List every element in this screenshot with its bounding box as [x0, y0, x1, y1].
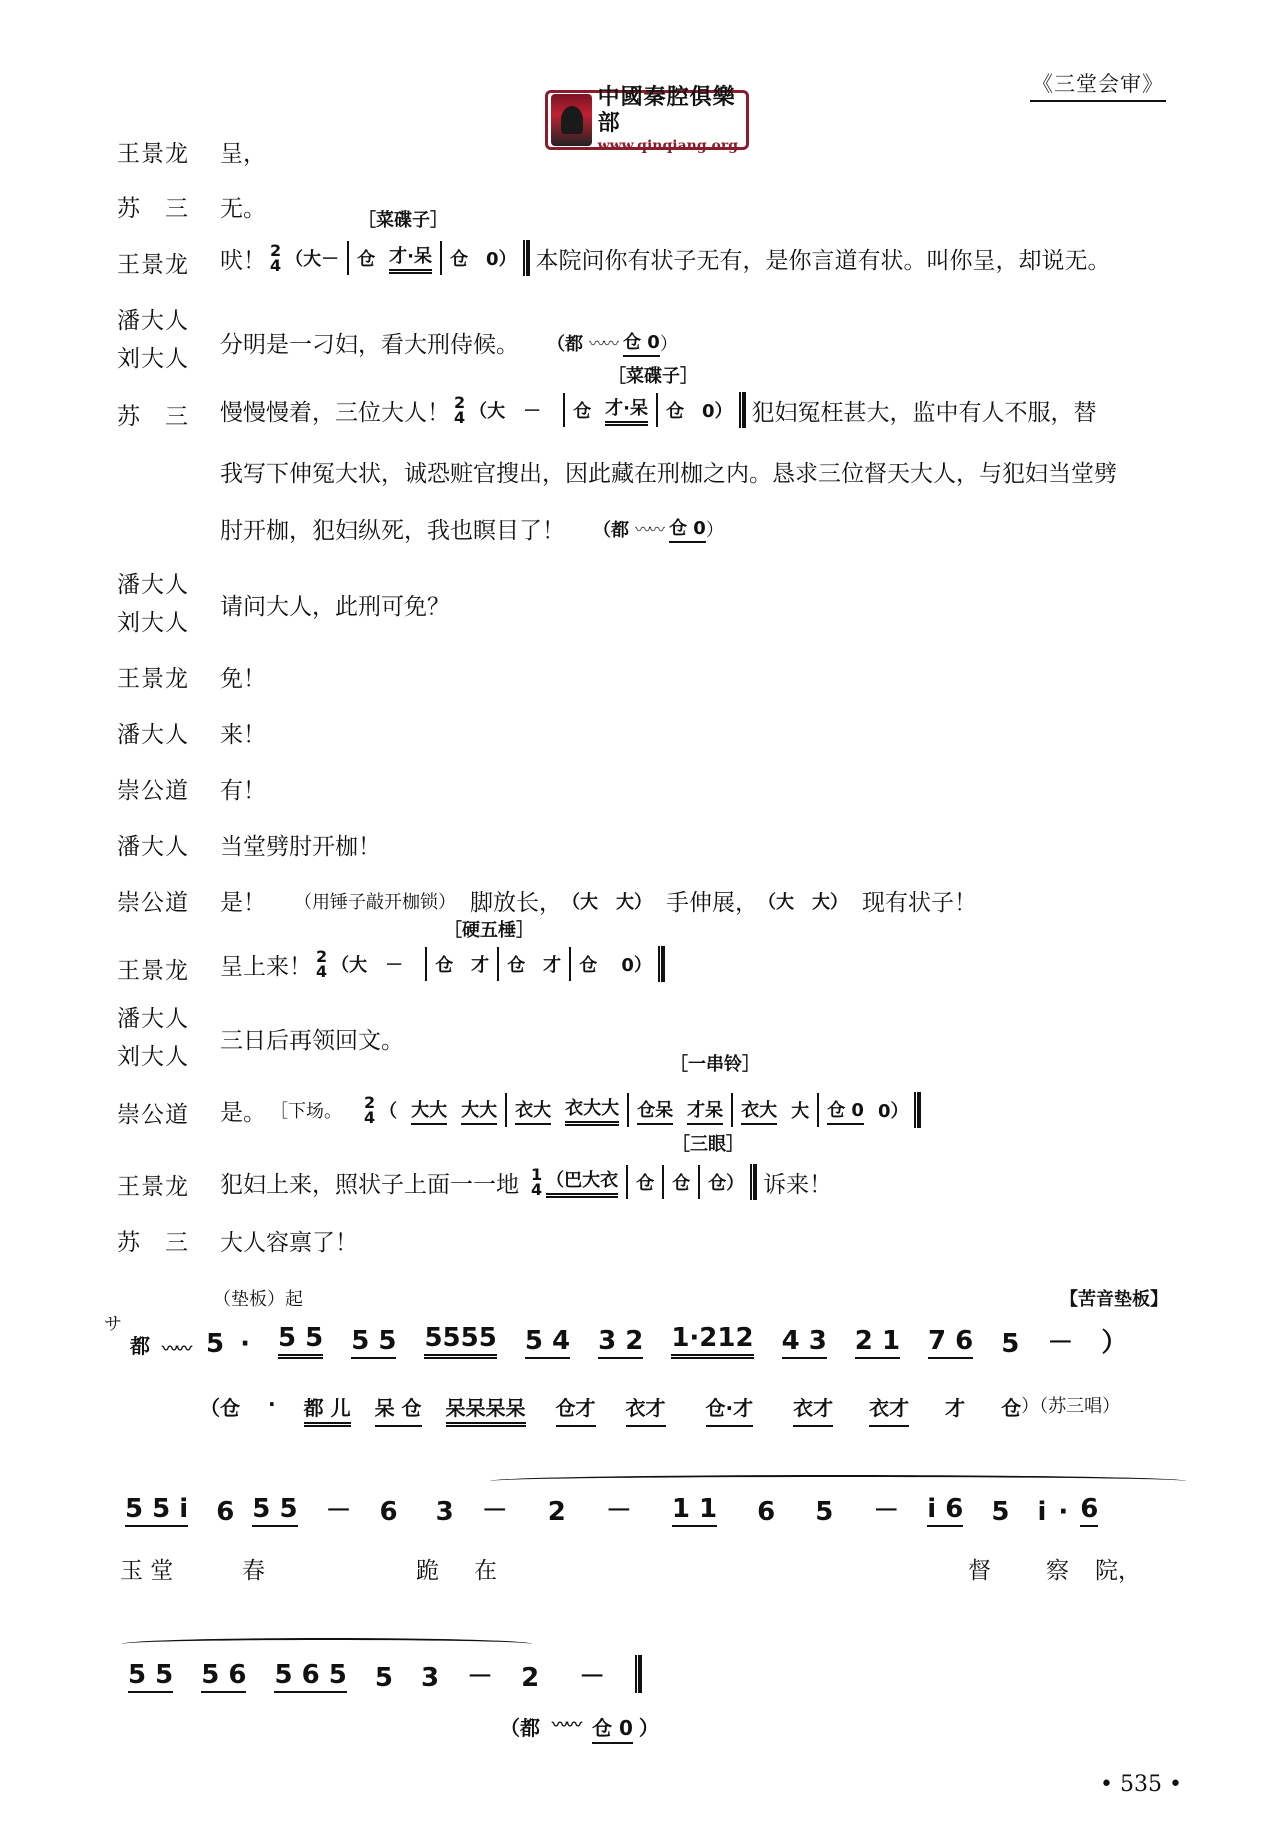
lyric: 玉 堂 — [120, 1552, 173, 1585]
perc-note: 都 儿 — [304, 1392, 351, 1427]
stage-direction: （用锤子敲开枷锁） — [294, 888, 456, 914]
barline — [662, 1165, 664, 1199]
score-line-1-notes: 都 〰〰 5 · 5 5 5 5 5555 5 4 3 2 1·212 4 3 … — [130, 1322, 1155, 1359]
barline — [731, 1093, 733, 1127]
perc-note: 仓·才 — [706, 1392, 754, 1427]
qinqiang-club-logo[interactable]: 中國秦腔俱樂部 www.qinqiang.org — [545, 90, 749, 150]
perc-note: ） — [706, 516, 724, 542]
speaker: 王景龙 — [117, 135, 189, 168]
jianpu-note: 5 5 — [278, 1323, 323, 1359]
score-line-1-percussion: （仓 · 都 儿 呆 仓 呆呆呆呆 仓才 衣才 仓·才 衣才 衣才 才 仓 ）（… — [200, 1392, 1120, 1427]
percussion-tag: ［一串铃］ — [670, 1050, 760, 1076]
jianpu-note: 5 6 5 — [274, 1660, 346, 1693]
speaker: 潘大人 — [117, 302, 189, 340]
perc-note: 仓 0 — [592, 1712, 633, 1744]
perc-note: 衣才 — [869, 1392, 909, 1427]
dialogue-text: 现有状子！ — [862, 884, 977, 917]
perc-note: 仓） — [708, 1169, 744, 1195]
jianpu-note: 2 1 — [855, 1326, 900, 1359]
jianpu-note: 5 5 — [351, 1326, 396, 1359]
perc-note: 仓 才 — [435, 951, 489, 977]
perc-note: 仓 — [1001, 1392, 1021, 1427]
dialogue-line: 肘开枷，犯妇纵死，我也瞑目了！ （都 〰〰 仓 0 ） — [220, 512, 724, 545]
page-number: • 535 • — [1100, 1772, 1182, 1797]
time-signature: 24 — [364, 1095, 375, 1125]
jianpu-dash: － — [482, 1490, 508, 1527]
perc-note: （大 － — [331, 951, 403, 977]
jianpu-note: 6 — [216, 1497, 234, 1527]
barline — [698, 1165, 700, 1199]
jianpu-dash: － — [606, 1490, 632, 1527]
perc-note: 衣大 — [741, 1096, 777, 1125]
speaker: 苏 三 — [117, 1224, 189, 1257]
barline — [626, 1165, 628, 1199]
jianpu-paren: ） — [1101, 1322, 1127, 1359]
time-signature: 24 — [270, 243, 281, 273]
jianpu-dot: · — [240, 1329, 250, 1359]
jianpu-note: 4 3 — [782, 1326, 827, 1359]
phrase-slur — [490, 1475, 1186, 1487]
jianpu-note: 3 — [436, 1497, 454, 1527]
lyric: 在 — [474, 1552, 497, 1585]
final-double-barline — [635, 1655, 642, 1693]
jianpu-note: 3 2 — [598, 1326, 643, 1359]
score-line-2-lyrics: 玉 堂 春 跪 在 督 察 院， — [120, 1552, 1120, 1582]
perc-note: （仓 — [200, 1392, 240, 1427]
free-meter-mark: サ — [104, 1310, 122, 1336]
speaker-pair: 潘大人 刘大人 — [117, 566, 189, 642]
perc-note: 仓 0） — [450, 245, 517, 271]
jianpu-note: 5 — [1001, 1329, 1019, 1359]
barline — [817, 1093, 819, 1127]
lyric: 春 — [242, 1552, 265, 1585]
phrase-slur — [122, 1638, 532, 1650]
dialogue-line: 分明是一刁妇，看大刑侍候。 （都 〰〰 仓 0 ） — [220, 326, 678, 359]
speaker-pair: 潘大人 刘大人 — [117, 1000, 189, 1076]
dialogue-line: 犯妇上来，照状子上面一一地 14 （巴大衣 仓 仓 仓） 诉来！ — [220, 1164, 832, 1200]
jianpu-note: 5 — [206, 1329, 224, 1359]
perc-note: 才 — [945, 1392, 965, 1427]
speaker: 苏 三 — [117, 398, 189, 431]
jianpu-note: 5 — [991, 1497, 1009, 1527]
perc-note: 才·呆 — [389, 242, 432, 274]
dialogue-text: 犯妇冤枉甚大，监中有人不服，替 — [752, 394, 1097, 427]
double-barline — [523, 240, 530, 276]
lyric: 院， — [1095, 1552, 1141, 1585]
barline — [497, 947, 499, 981]
dialogue-text: 免！ — [220, 660, 266, 693]
dialogue-text: 分明是一刁妇，看大刑侍候。 — [220, 326, 519, 359]
perc-note: （大 大） — [562, 888, 652, 914]
dialogue-text: 当堂劈肘开枷！ — [220, 828, 381, 861]
jianpu-note: 6 — [1080, 1494, 1098, 1527]
perc-note: 仓 才 — [507, 951, 561, 977]
perc-note: 仓 0） — [579, 951, 652, 977]
tremolo-wave-icon: 〰〰 — [162, 1336, 190, 1359]
perc-dot: · — [268, 1392, 276, 1427]
double-barline — [739, 392, 746, 428]
speaker: 潘大人 — [117, 716, 189, 749]
intro-label: （垫板）起 — [213, 1285, 303, 1311]
dialogue-text: 请问大人，此刑可免？ — [220, 588, 450, 621]
jianpu-note: 5 — [815, 1497, 833, 1527]
dialogue-line: 是！ （用锤子敲开枷锁） 脚放长， （大 大） 手伸展， （大 大） 现有状子！ — [220, 884, 977, 917]
jianpu-dash: － — [1047, 1322, 1073, 1359]
speaker: 王景龙 — [117, 660, 189, 693]
speaker: 刘大人 — [117, 1038, 189, 1076]
dialogue-text: 慢慢慢着，三位大人！ — [220, 394, 450, 427]
speaker: 王景龙 — [117, 952, 189, 985]
dialogue-text: 吠！ — [220, 242, 266, 275]
speaker: 王景龙 — [117, 246, 189, 279]
speaker: 苏 三 — [117, 190, 189, 223]
barline — [627, 1093, 629, 1127]
jianpu-note: 5 5 — [252, 1494, 297, 1527]
jianpu-note: 5 5 i — [125, 1494, 188, 1527]
dialogue-text: 我写下伸冤大状，诚恐赃官搜出，因此藏在刑枷之内。恳求三位督天大人，与犯妇当堂劈 — [220, 455, 1117, 488]
perc-note: （大 大） — [758, 888, 848, 914]
perc-note: 衣大大 — [565, 1094, 619, 1126]
speaker: 崇公道 — [117, 884, 189, 917]
perc-note: （大 － — [469, 397, 541, 423]
dialogue-line: 呈上来！ 24 （大 － 仓 才 仓 才 仓 0） — [220, 946, 671, 982]
perc-note: 衣才 — [793, 1392, 833, 1427]
speaker-pair: 潘大人 刘大人 — [117, 302, 189, 378]
barline — [505, 1093, 507, 1127]
jianpu-note: i — [1037, 1497, 1046, 1527]
stage-direction: ）（苏三唱） — [1021, 1392, 1120, 1427]
perc-note: 大大 — [461, 1096, 497, 1125]
barline — [425, 947, 427, 981]
lyric: 察 — [1046, 1552, 1069, 1585]
dialogue-text: 是。 — [220, 1094, 266, 1127]
double-barline — [750, 1164, 757, 1200]
double-barline — [658, 946, 665, 982]
dialogue-text: 有！ — [220, 772, 266, 805]
tremolo-wave-icon: 〰〰 — [552, 1712, 580, 1744]
score-line-2-notes: 5 5 i 6 5 5 － 6 3 － 2 － 1 1 6 5 － i 6 5 … — [125, 1490, 1126, 1527]
dialogue-text: 肘开枷，犯妇纵死，我也瞑目了！ — [220, 512, 565, 545]
tremolo-wave-icon: 〰〰 — [635, 517, 663, 540]
perc-note: 呆呆呆呆 — [446, 1392, 526, 1427]
dialogue-text: 无。 — [220, 190, 266, 223]
perc-note: 才·呆 — [605, 394, 648, 426]
dialogue-text: 大人容禀了！ — [220, 1224, 358, 1257]
perc-note: 仓才 — [556, 1392, 596, 1427]
tremolo-wave-icon: 〰〰 — [589, 331, 617, 354]
dialogue-text: 手伸展， — [666, 884, 758, 917]
perc-note: （ — [379, 1097, 397, 1123]
lyric: 跪 — [416, 1552, 439, 1585]
dialogue-text: 是！ — [220, 884, 266, 917]
score-line-3-notes: 5 5 5 6 5 6 5 5 3 － 2 － — [128, 1655, 648, 1693]
play-title: 《三堂会审》 — [1030, 68, 1166, 102]
perc-note: ） — [660, 330, 678, 356]
jianpu-dash: － — [579, 1656, 605, 1693]
speaker: 潘大人 — [117, 828, 189, 861]
perc-note: 衣才 — [626, 1392, 666, 1427]
time-signature: 24 — [454, 395, 465, 425]
dialogue-text: 来！ — [220, 716, 266, 749]
perc-note: 仓 0 — [669, 514, 706, 543]
speaker: 刘大人 — [117, 340, 189, 378]
speaker: 崇公道 — [117, 772, 189, 805]
perc-note: 呆 仓 — [375, 1392, 422, 1427]
perc-note: 仓 0 — [827, 1096, 864, 1125]
jianpu-note: 7 6 — [928, 1326, 973, 1359]
jianpu-note: 1·212 — [671, 1323, 753, 1359]
perc-note: 都 — [130, 1330, 150, 1359]
perc-note: （都 — [500, 1712, 540, 1744]
perc-note: 仓 0 — [623, 328, 660, 357]
perc-note: 仓 — [672, 1169, 690, 1195]
barline — [440, 241, 442, 275]
speaker: 刘大人 — [117, 604, 189, 642]
speaker: 崇公道 — [117, 1096, 189, 1129]
dialogue-line: 慢慢慢着，三位大人！ 24 （大 － 仓 才·呆 仓 0） 犯妇冤枉甚大，监中有… — [220, 392, 1097, 428]
jianpu-note: 5 4 — [525, 1326, 570, 1359]
speaker: 王景龙 — [117, 1168, 189, 1201]
jianpu-note: 6 — [380, 1497, 398, 1527]
perc-note: 大大 — [411, 1096, 447, 1125]
dialogue-text: 呈， — [220, 135, 266, 168]
perc-note: 仓 0） — [666, 397, 733, 423]
perc-note: 0） — [878, 1097, 909, 1123]
barline — [656, 393, 658, 427]
time-signature: 14 — [531, 1167, 542, 1197]
dialogue-text: 脚放长， — [470, 884, 562, 917]
jianpu-dot: · — [1058, 1497, 1068, 1527]
dialogue-text: 诉来！ — [763, 1166, 832, 1199]
jianpu-note: 5555 — [424, 1323, 496, 1359]
barline — [347, 241, 349, 275]
barline — [569, 947, 571, 981]
barline — [563, 393, 565, 427]
percussion-tag: ［硬五棰］ — [444, 916, 534, 942]
dialogue-line: 是。 ［下场。 24 （ 大大 大大 衣大 衣大大 仓呆 才呆 衣大 大 仓 0… — [220, 1092, 927, 1128]
dialogue-text: 呈上来！ — [220, 948, 312, 981]
jianpu-note: 5 — [375, 1663, 393, 1693]
opera-mask-emblem-icon — [551, 94, 592, 146]
jianpu-note: 3 — [421, 1663, 439, 1693]
section-label: 【苦音垫板】 — [1060, 1285, 1168, 1311]
perc-note: （都 — [547, 330, 583, 356]
perc-note: 仓 — [573, 397, 591, 423]
jianpu-note: 5 6 — [201, 1660, 246, 1693]
perc-note: （都 — [593, 516, 629, 542]
time-signature: 24 — [316, 949, 327, 979]
perc-note: 仓呆 — [637, 1096, 673, 1125]
percussion-tag: ［三眼］ — [672, 1130, 744, 1156]
perc-note: 才呆 — [687, 1096, 723, 1125]
percussion-tag: ［菜碟子］ — [358, 206, 448, 232]
perc-note: 衣大 — [515, 1096, 551, 1125]
logo-url: www.qinqiang.org — [598, 137, 746, 155]
score-line-3-percussion: （都 〰〰 仓 0 ） — [500, 1712, 659, 1744]
speaker: 潘大人 — [117, 1000, 189, 1038]
dialogue-text: 三日后再领回文。 — [220, 1022, 404, 1055]
jianpu-note: 6 — [757, 1497, 775, 1527]
perc-note: 仓 — [357, 245, 375, 271]
jianpu-note: i 6 — [927, 1494, 963, 1527]
double-barline — [914, 1092, 921, 1128]
perc-note: （巴大衣 — [546, 1166, 618, 1198]
jianpu-note: 1 1 — [672, 1494, 717, 1527]
jianpu-dash: － — [467, 1656, 493, 1693]
dialogue-text: 犯妇上来，照状子上面一一地 — [220, 1166, 519, 1199]
lyric: 督 — [968, 1552, 991, 1585]
jianpu-note: 5 5 — [128, 1660, 173, 1693]
jianpu-dash: － — [326, 1490, 352, 1527]
perc-note: ） — [639, 1712, 659, 1744]
speaker: 潘大人 — [117, 566, 189, 604]
dialogue-text: 本院问你有状子无有，是你言道有状。叫你呈，却说无。 — [536, 242, 1111, 275]
perc-note: （大－ — [285, 245, 339, 271]
dialogue-line: 吠！ 24 （大－ 仓 才·呆 仓 0） 本院问你有状子无有，是你言道有状。叫你… — [220, 240, 1111, 276]
jianpu-note: 2 — [548, 1497, 566, 1527]
logo-name: 中國秦腔俱樂部 — [598, 85, 746, 137]
stage-direction: ［下场。 — [270, 1097, 342, 1123]
perc-note: 大 — [791, 1097, 809, 1123]
jianpu-dash: － — [873, 1490, 899, 1527]
percussion-tag: ［菜碟子］ — [608, 362, 698, 388]
jianpu-note: 2 — [521, 1663, 539, 1693]
perc-note: 仓 — [636, 1169, 654, 1195]
